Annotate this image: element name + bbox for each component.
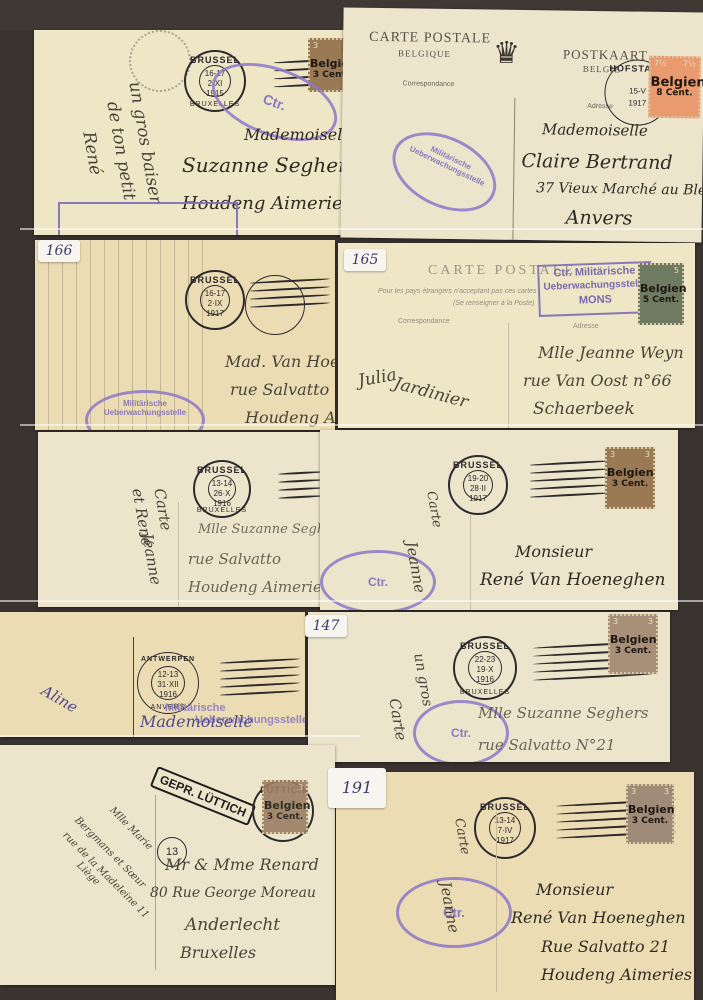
sleeve-edge (20, 424, 703, 426)
sleeve-edge (0, 735, 360, 737)
message-line: René (78, 130, 105, 177)
wavy-cancel (220, 660, 300, 700)
lot-label-166: 166 (38, 240, 80, 262)
postcard-191: BRUSSEL 13-14 7·IV 1917 33 Belgien 3 Cen… (336, 772, 694, 1000)
censor-oval-ueberwachung: Militärische Ueberwachungsstelle (380, 116, 510, 227)
postcard-top-right: CARTE POSTALE BELGIQUE ♛ POSTKAART BELGI… (340, 7, 703, 242)
lot-label-191: 191 (328, 768, 386, 808)
lot-label-147: 147 (305, 615, 347, 637)
stamp-belgien-3c: 33 Belgien 3 Cent. (605, 447, 655, 509)
postcard-antwerpen: ANTWERPEN 12-13 31·XII 1916 ANVERS Milit… (0, 612, 305, 737)
censor-box-gepr-luttich: GEPR. LÜTTICH (150, 766, 257, 826)
postmark-brussel: BRUSSEL 16-17 2·IX 1917 (185, 270, 245, 330)
postcard-top-left: BRUSSEL 16-17 2·XI 1915 BRUXELLES 33 Bel… (34, 30, 354, 235)
address-line: Mademoiselle (244, 125, 354, 144)
violet-frame-stamp (58, 202, 238, 235)
postcard-165: CARTE POSTALE Pour les pays étrangers n'… (338, 243, 695, 428)
wavy-cancel (278, 472, 320, 504)
address-line: Suzanne Seghers (182, 153, 354, 177)
sleeve-edge (0, 600, 703, 602)
stamp-belgien-5c: 5 Belgien 5 Cent. (638, 263, 684, 325)
postmark-brussel: BRUSSEL 22-23 19·X 1916 BRUXELLES (453, 636, 517, 700)
postmark-brussel: BRUSSEL 19-20 28·II 1917 (448, 455, 508, 515)
postcard-147: BRUSSEL 22-23 19·X 1916 BRUXELLES 33 Bel… (308, 612, 670, 762)
postmark-brussel: BRUSSEL 13-14 7·IV 1917 (474, 797, 536, 859)
postcard-mid-left: BRUSSEL 13-14 26·X 1916 BRUXELLES Carte … (38, 432, 320, 607)
censor-box-mons: Ctr. Militärische Ueberwachungsstelle MO… (537, 261, 653, 317)
stamp-belgien-8c: 7½7½ Belgien 8 Cent. (648, 56, 701, 119)
belgian-crest-icon: ♛ (493, 36, 520, 71)
stamp-belgien-3c: 33 Belgien 3 Cent. (626, 784, 674, 844)
wavy-cancel (250, 280, 330, 312)
postcard-luttich: GEPR. LÜTTICH 13 LÜTTICH 3 Belgien 3 Cen… (0, 745, 335, 985)
stamp-belgien-3c: 33 Belgien 3 Cent. (608, 614, 658, 674)
lot-label-165: 165 (344, 249, 386, 271)
postcard-166: BRUSSEL 16-17 2·IX 1917 Militärische Ueb… (35, 240, 335, 430)
postcard-mid-right: BRUSSEL 19-20 28·II 1917 33 Belgien 3 Ce… (320, 430, 678, 610)
stamp-belgien-3c: 3 Belgien 3 Cent. (262, 780, 308, 834)
postmark-brussel: BRUSSEL 13-14 26·X 1916 BRUXELLES (193, 460, 251, 518)
sleeve-edge (20, 228, 703, 230)
wavy-cancel (530, 462, 610, 502)
